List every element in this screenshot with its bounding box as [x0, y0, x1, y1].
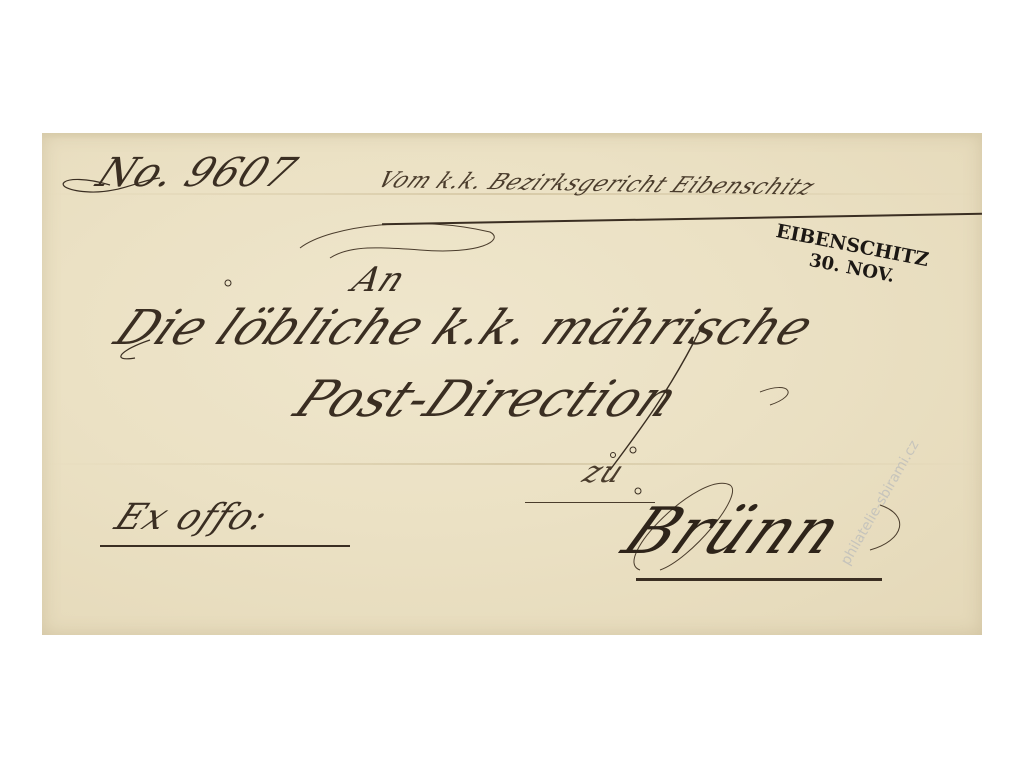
office-line: Post-Direction	[285, 370, 690, 428]
addressee-line: Die löbliche k.k. mährische	[105, 300, 825, 356]
destination-underline	[636, 578, 882, 581]
paper-top-edge	[42, 133, 982, 139]
franking-note: Ex offo:	[108, 497, 275, 538]
reference-number: No. 9607	[89, 150, 304, 196]
preposition-line	[525, 502, 655, 503]
destination-city: Brünn	[610, 495, 856, 569]
paper-fold-line	[42, 463, 982, 465]
franking-underline	[100, 545, 350, 547]
